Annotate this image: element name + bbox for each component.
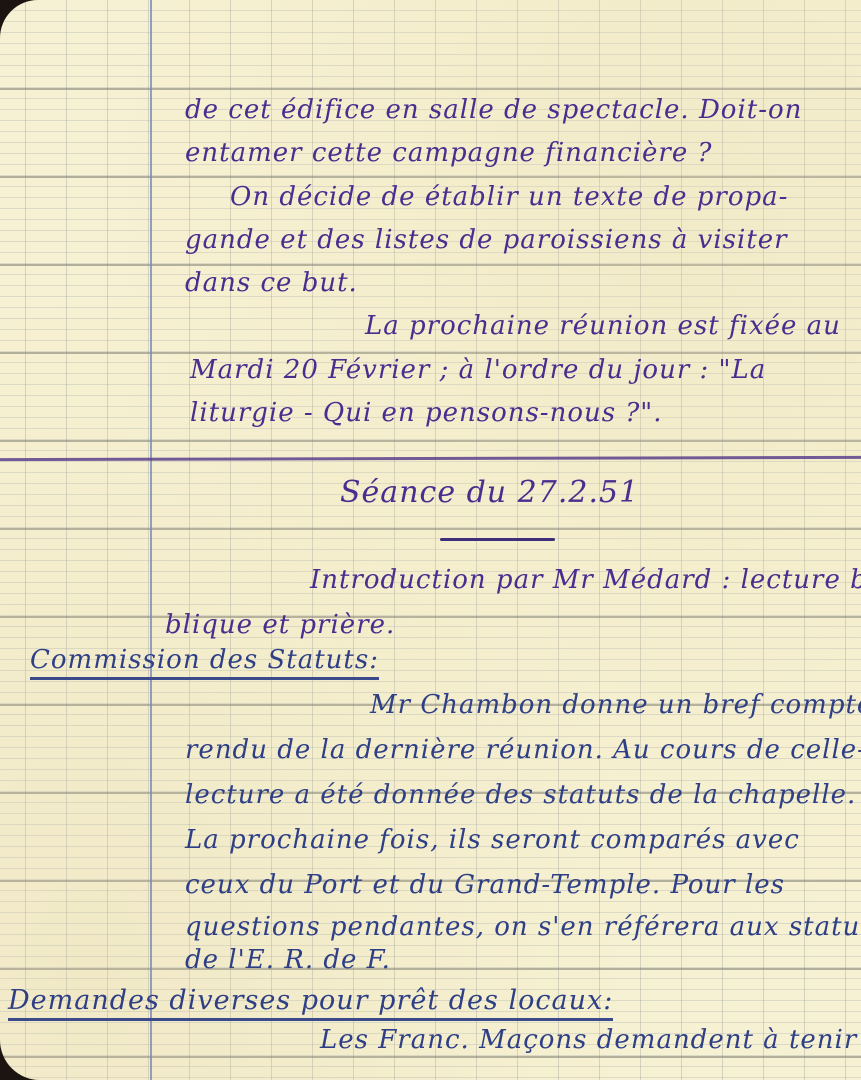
text-line: lecture a été donnée des statuts de la c… xyxy=(185,780,856,810)
commission-heading: Commission des Statuts: xyxy=(30,645,379,680)
text-line: questions pendantes, on s'en référera au… xyxy=(185,912,861,942)
title-flourish xyxy=(440,538,555,541)
text-line: Mr Chambon donne un bref compte- xyxy=(370,690,861,720)
text-line: liturgie - Qui en pensons-nous ?". xyxy=(190,398,663,428)
text-line: Mardi 20 Février ; à l'ordre du jour : "… xyxy=(190,355,766,385)
text-line: Introduction par Mr Médard : lecture bi- xyxy=(310,565,861,595)
text-line: Les Franc. Maçons demandent à tenir xyxy=(320,1025,857,1055)
text-line: On décide de établir un texte de propa- xyxy=(230,182,788,212)
seance-title: Séance du 27.2.51 xyxy=(340,475,639,510)
notebook-page: de cet édifice en salle de spectacle. Do… xyxy=(0,0,861,1080)
text-line: de l'E. R. de F. xyxy=(185,945,391,975)
text-line: ceux du Port et du Grand-Temple. Pour le… xyxy=(185,870,785,900)
text-line: de cet édifice en salle de spectacle. Do… xyxy=(185,95,802,125)
text-line: entamer cette campagne financière ? xyxy=(185,138,712,168)
text-line: dans ce but. xyxy=(185,268,358,298)
text-line: blique et prière. xyxy=(165,610,395,640)
text-line: rendu de la dernière réunion. Au cours d… xyxy=(185,735,861,765)
text-line: La prochaine fois, ils seront comparés a… xyxy=(185,825,800,855)
demandes-heading: Demandes diverses pour prêt des locaux: xyxy=(8,985,613,1021)
text-line: gande et des listes de paroissiens à vis… xyxy=(185,225,788,255)
text-line: La prochaine réunion est fixée au xyxy=(365,311,841,341)
margin-line xyxy=(150,0,152,1080)
